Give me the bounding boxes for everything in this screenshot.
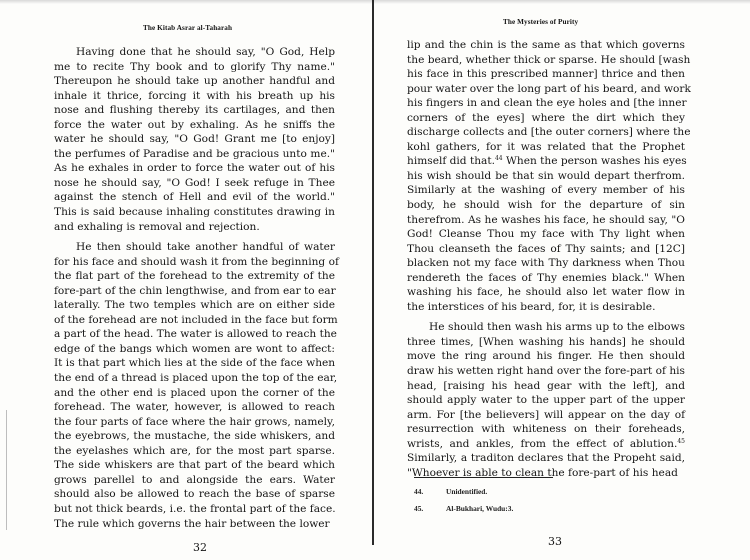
paragraph: Having done that he should say, "O God, …	[54, 45, 335, 234]
footnote-text: Al-Bukhari, Wudu:3.	[446, 504, 513, 513]
text-line: The side whiskers are that part of the b…	[54, 458, 335, 473]
text-line: draw his wetten right hand over the fore…	[407, 364, 685, 379]
text-line: resurrection with whiteness on their for…	[407, 422, 685, 437]
footnote-text: Unidentified.	[446, 487, 487, 496]
text-line: laterally. The two temples which are on …	[54, 298, 335, 313]
text-line: fore-part of the chin lengthwise, and fr…	[54, 284, 335, 299]
text-line: body, he should wish for the departure o…	[407, 198, 685, 213]
text-line: the interstices of his beard, for, it is…	[407, 300, 685, 315]
text-line: force the water out by exhaling. As he s…	[54, 118, 335, 133]
text-line: move the ring around his finger. He then…	[407, 349, 685, 364]
text-line: his fingers in and clean the eye holes a…	[407, 96, 685, 111]
text-line: The rule which governs the hair between …	[54, 517, 335, 532]
text-line: Having done that he should say, "O God, …	[54, 45, 335, 60]
text-line: and the other end is placed upon the cor…	[54, 386, 335, 401]
text-line: discharge collects and [the outer corner…	[407, 125, 685, 140]
page-number-left: 32	[193, 541, 207, 554]
page-number-right: 33	[548, 535, 562, 548]
text-line: the beard, whether thick or sparse. He s…	[407, 53, 685, 68]
text-line: It is that part which lies at the side o…	[54, 356, 335, 371]
text-line: "Whoever is able to clean the fore-part …	[407, 466, 685, 481]
text-line: wrists, and ankles, from the effect of a…	[407, 437, 685, 452]
running-head-left: The Kitab Asrar al-Taharah	[143, 24, 232, 32]
text-line: should apply water to the upper part of …	[407, 393, 685, 408]
text-line: blacken not my face with Thy darkness wh…	[407, 256, 685, 271]
text-line: pour water over the long part of his bea…	[407, 82, 685, 97]
text-line: nose and flushing thereby its cartilages…	[54, 103, 335, 118]
text-line: therefrom. As he washes his face, he sho…	[407, 213, 685, 228]
left-page-body: Having done that he should say, "O God, …	[54, 45, 335, 531]
running-head-right: The Mysteries of Purity	[503, 18, 578, 26]
text-line: his face in this prescribed manner] thri…	[407, 67, 685, 82]
scan-edge-mark	[6, 410, 7, 530]
text-line: edge of the bangs which women are wont t…	[54, 342, 335, 357]
text-line: for his face and should wash it from the…	[54, 255, 335, 270]
footnote-number: 45.	[414, 504, 446, 513]
text-line: head, [raising his head gear with the le…	[407, 379, 685, 394]
text-line: the four parts of face where the hair gr…	[54, 415, 335, 430]
paragraph: He should then wash his arms up to the e…	[407, 320, 685, 480]
text-line: As he exhales in order to force the wate…	[54, 161, 335, 176]
text-line: and exhaling is removal and rejection.	[54, 220, 335, 235]
text-line: He then should take another handful of w…	[54, 240, 335, 255]
text-line: He should then wash his arms up to the e…	[407, 320, 685, 335]
text-line: himself did that.44 When the person wash…	[407, 154, 685, 169]
text-line: Similarly at the washing of every member…	[407, 183, 685, 198]
text-line: against the stench of Hell and evil of t…	[54, 190, 335, 205]
text-line: grows parellel to and alongside the ears…	[54, 473, 335, 488]
text-line: three times, [When washing his hands] he…	[407, 335, 685, 350]
text-line: the flat part of the forehead to the ext…	[54, 269, 335, 284]
footnote-number: 44.	[414, 487, 446, 496]
paragraph: He then should take another handful of w…	[54, 240, 335, 531]
text-line: the perfumes of Paradise and be gracious…	[54, 147, 335, 162]
text-line: his wish should be that sin would depart…	[407, 169, 685, 184]
text-line: corners of the eyes] where the dirt whic…	[407, 111, 685, 126]
footnote-ref: 45	[677, 438, 685, 445]
text-line: God! Cleanse Thou my face with Thy light…	[407, 227, 685, 242]
text-line: water he should say, "O God! Grant me [t…	[54, 132, 335, 147]
text-line: kohl gathers, for it was related that th…	[407, 140, 685, 155]
text-line: lip and the chin is the same as that whi…	[407, 38, 685, 53]
text-line: Similarly, a traditon declares that the …	[407, 451, 685, 466]
text-line: rendereth the faces of Thy enemies black…	[407, 271, 685, 286]
footnotes: 44. Unidentified. 45. Al-Bukhari, Wudu:3…	[414, 487, 513, 521]
text-line: Thereupon he should take up another hand…	[54, 74, 335, 89]
paragraph: lip and the chin is the same as that whi…	[407, 38, 685, 314]
text-line: nose he should say, "O God! I seek refug…	[54, 176, 335, 191]
text-line: Thou cleanseth the faces of Thy saints; …	[407, 242, 685, 257]
text-line: inhale it thrice, forcing it with his br…	[54, 89, 335, 104]
text-line: should also be allowed to reach the base…	[54, 487, 335, 502]
text-line: arm. For [the believers] will appear on …	[407, 408, 685, 423]
text-line: forehead. The water, however, is allowed…	[54, 400, 335, 415]
text-line: me to recite Thy book and to glorify Thy…	[54, 60, 335, 75]
text-line: the end of a thread is placed upon the t…	[54, 371, 335, 386]
left-page: The Kitab Asrar al-Taharah Having done t…	[0, 0, 372, 560]
text-line: but not thick beards, i.e. the frontal p…	[54, 502, 335, 517]
text-line: a part of the head. The water is allowed…	[54, 327, 335, 342]
footnote: 44. Unidentified.	[414, 487, 513, 496]
text-line: washing his face, he should also let wat…	[407, 285, 685, 300]
text-line: This is said because inhaling constitute…	[54, 205, 335, 220]
footnote-separator	[414, 477, 553, 478]
footnote-ref: 44	[495, 155, 503, 162]
right-page: The Mysteries of Purity lip and the chin…	[374, 0, 750, 560]
text-line: of the forehead are not included in the …	[54, 313, 335, 328]
footnote: 45. Al-Bukhari, Wudu:3.	[414, 504, 513, 513]
text-line: the eyebrows, the mustache, the side whi…	[54, 429, 335, 444]
right-page-body: lip and the chin is the same as that whi…	[407, 38, 685, 480]
text-line: the eyelashes which are, for the most pa…	[54, 444, 335, 459]
